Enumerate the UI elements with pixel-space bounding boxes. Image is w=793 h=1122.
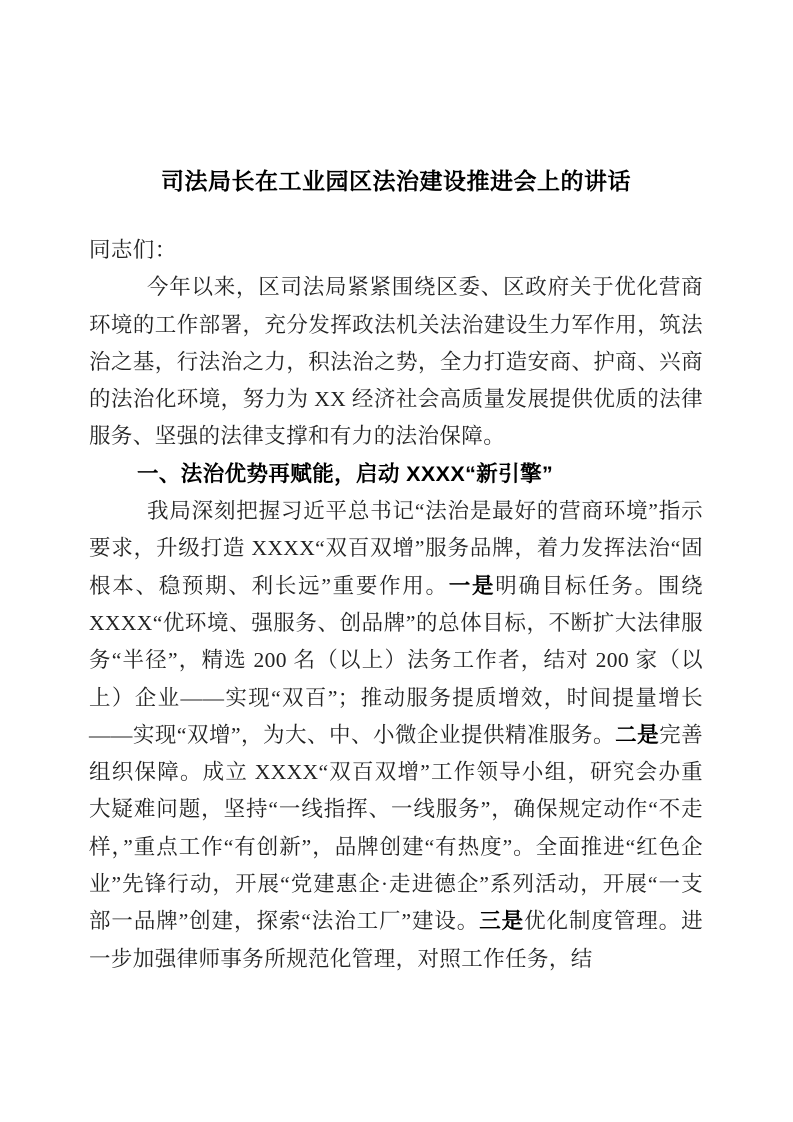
section-1-paragraph: 我局深刻把握习近平总书记“法治是最好的营商环境”指示要求，升级打造 XXXX“双…: [89, 493, 703, 978]
paragraph-segment: 明确目标任务。围绕 XXXX“优环境、强服务、创品牌”的总体目标，不断扩大法律服…: [89, 574, 703, 747]
paragraph-segment: 完善组织保障。成立 XXXX“双百双增”工作领导小组，研究会办重大疑难问题，坚持…: [89, 723, 703, 933]
document-page: 司法局长在工业园区法治建设推进会上的讲话 同志们： 今年以来，区司法局紧紧围绕区…: [0, 0, 793, 1122]
emphasis-first-point: 一是: [449, 574, 495, 598]
document-title: 司法局长在工业园区法治建设推进会上的讲话: [89, 166, 703, 196]
emphasis-third-point: 三是: [479, 909, 524, 933]
opening-paragraph: 今年以来，区司法局紧紧围绕区委、区政府关于优化营商环境的工作部署，充分发挥政法机…: [89, 269, 703, 455]
salutation: 同志们：: [89, 232, 703, 269]
section-1-heading: 一、法治优势再赋能，启动 XXXX“新引擎”: [89, 456, 703, 493]
emphasis-second-point: 二是: [615, 723, 659, 747]
